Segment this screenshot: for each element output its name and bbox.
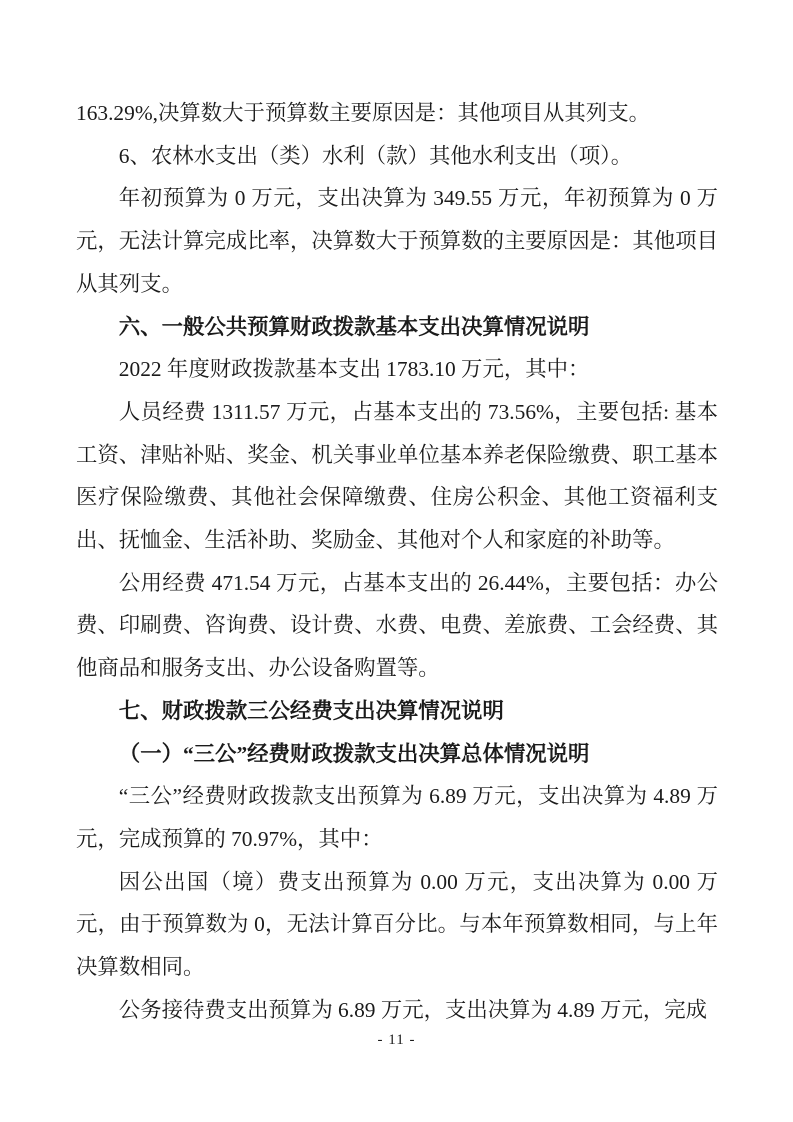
paragraph-personnel-expense: 人员经费 1311.57 万元，占基本支出的 73.56%，主要包括: 基本工资…	[76, 391, 718, 562]
paragraph-item-6-detail: 年初预算为 0 万元，支出决算为 349.55 万元，年初预算为 0 万元，无法…	[76, 177, 718, 305]
paragraph-carryover: 163.29%,决算数大于预算数主要原因是：其他项目从其列支。	[76, 92, 718, 135]
page-body: 163.29%,决算数大于预算数主要原因是：其他项目从其列支。 6、农林水支出（…	[76, 92, 718, 1031]
section-heading-six: 六、一般公共预算财政拨款基本支出决算情况说明	[76, 306, 718, 349]
paragraph-reception-expense: 公务接待费支出预算为 6.89 万元，支出决算为 4.89 万元，完成	[76, 989, 718, 1032]
paragraph-public-expense: 公用经费 471.54 万元，占基本支出的 26.44%，主要包括：办公费、印刷…	[76, 562, 718, 690]
section-heading-seven: 七、财政拨款三公经费支出决算情况说明	[76, 690, 718, 733]
subsection-heading-one: （一）“三公”经费财政拨款支出决算总体情况说明	[76, 733, 718, 776]
paragraph-item-6-title: 6、农林水支出（类）水利（款）其他水利支出（项）。	[76, 135, 718, 178]
paragraph-basic-expenditure-total: 2022 年度财政拨款基本支出 1783.10 万元，其中：	[76, 348, 718, 391]
paragraph-abroad-expense: 因公出国（境）费支出预算为 0.00 万元，支出决算为 0.00 万元，由于预算…	[76, 861, 718, 989]
paragraph-sangong-total: “三公”经费财政拨款支出预算为 6.89 万元，支出决算为 4.89 万元，完成…	[76, 775, 718, 860]
document-page: 163.29%,决算数大于预算数主要原因是：其他项目从其列支。 6、农林水支出（…	[0, 0, 793, 1122]
page-number: - 11 -	[0, 1032, 793, 1049]
